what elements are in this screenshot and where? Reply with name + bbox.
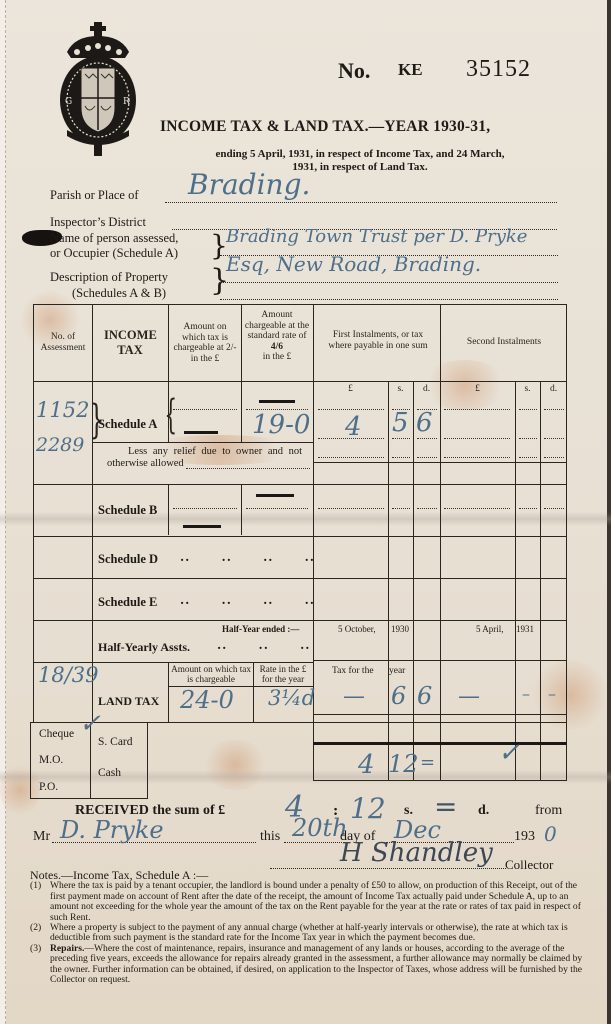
leader-dots: .. .. .. .. bbox=[180, 550, 315, 564]
note-body: —Where the cost of maintenance, repairs,… bbox=[50, 943, 582, 985]
table-border-bottom bbox=[313, 780, 567, 781]
land-tax-rate-header: Rate in the £ for the year bbox=[254, 664, 312, 684]
land-tax-label: LAND TAX bbox=[98, 694, 159, 709]
dotted-line bbox=[392, 457, 410, 458]
land-tax-first-pounds: — bbox=[343, 684, 365, 709]
row-divider bbox=[313, 660, 567, 661]
relief-dotted-line bbox=[186, 468, 310, 469]
assessment-no-2: 2289 bbox=[36, 434, 84, 456]
header-pence-2: d. bbox=[540, 384, 567, 394]
col-divider bbox=[92, 304, 93, 722]
note-lead: Repairs. bbox=[50, 943, 84, 954]
note-item: (1) Where the tax is paid by a tenant oc… bbox=[30, 881, 585, 923]
assessment-no-1: 1152 bbox=[36, 398, 89, 422]
payment-cash: Cash bbox=[98, 767, 121, 779]
table-border-right bbox=[566, 304, 567, 780]
relief-text-1: Less any relief due to owner and not bbox=[128, 446, 302, 457]
note-text: Where the tax is paid by a tenant occupi… bbox=[50, 881, 585, 923]
nil-dash bbox=[256, 494, 294, 497]
dotted-line bbox=[417, 438, 437, 439]
from-label: from bbox=[535, 803, 562, 819]
year-prefix: 193 bbox=[514, 829, 535, 845]
nil-dash bbox=[259, 400, 295, 403]
header-pence: d. bbox=[413, 384, 440, 394]
collector-signature: H Shandley bbox=[340, 838, 493, 868]
dotted-line bbox=[417, 508, 437, 509]
payment-method-box: Cheque M.O. P.O. S. Card Cash ✓ bbox=[30, 722, 148, 799]
dotted-line bbox=[519, 438, 537, 439]
day-line bbox=[284, 842, 344, 843]
schedule-e-label: Schedule E bbox=[98, 595, 157, 610]
notes-section: Notes.—Income Tax, Schedule A :— (1) Whe… bbox=[30, 870, 585, 985]
selected-check-icon: ✓ bbox=[79, 709, 101, 739]
note-item: (3) Repairs.—Where the cost of maintenan… bbox=[30, 944, 585, 986]
checked-mark-icon: ✓ bbox=[498, 738, 520, 768]
leader-dots: .. .. .. bbox=[217, 638, 310, 652]
total-rule bbox=[313, 742, 567, 745]
note-number: (3) bbox=[30, 944, 50, 986]
pence-label: d. bbox=[478, 803, 489, 819]
land-tax-second-shillings: – bbox=[522, 684, 530, 703]
row-divider bbox=[33, 578, 567, 579]
tax-for-the-label: Tax for the bbox=[332, 666, 374, 676]
header-amount-standard-suffix: in the £ bbox=[244, 352, 310, 363]
year-suffix: 0 bbox=[544, 822, 557, 846]
payment-cheque: Cheque bbox=[39, 728, 74, 740]
land-tax-rate-value: 3¼d bbox=[268, 686, 315, 710]
schedule-a-first-pounds: 4 bbox=[345, 412, 362, 442]
total-pence: = bbox=[420, 752, 435, 773]
row-divider bbox=[33, 536, 567, 537]
col-divider bbox=[413, 382, 414, 780]
dotted-line bbox=[544, 457, 564, 458]
schedule-a-amount-standard: 19-0 bbox=[252, 410, 310, 440]
col-divider bbox=[241, 382, 242, 442]
notes-heading: Notes.—Income Tax, Schedule A :— bbox=[30, 870, 585, 880]
dotted-line bbox=[444, 409, 510, 410]
nil-dash bbox=[183, 525, 221, 528]
schedule-b-label: Schedule B bbox=[98, 503, 157, 518]
received-shillings: 12 bbox=[350, 792, 386, 825]
payer-name: D. Pryke bbox=[60, 816, 164, 844]
year-label: year bbox=[389, 666, 405, 676]
col-divider bbox=[388, 382, 389, 780]
land-tax-amount-value: 24-0 bbox=[180, 686, 234, 714]
col-divider bbox=[540, 382, 541, 780]
header-shillings-2: s. bbox=[515, 384, 540, 394]
header-divider bbox=[33, 381, 567, 382]
dotted-line bbox=[519, 508, 537, 509]
header-shillings: s. bbox=[388, 384, 413, 394]
land-tax-second-pence: – bbox=[548, 684, 556, 703]
dotted-line bbox=[173, 409, 237, 410]
mr-label: Mr bbox=[33, 829, 50, 845]
first-half-year: 1930 bbox=[391, 624, 409, 634]
dotted-line bbox=[318, 409, 384, 410]
land-tax-assessment-no: 18/39 bbox=[38, 664, 99, 686]
schedule-a-first-shillings: 5 bbox=[392, 408, 409, 438]
row-divider bbox=[92, 442, 313, 443]
col-divider bbox=[241, 304, 242, 382]
header-first-instalments: First Instalments, or tax where payable … bbox=[322, 330, 434, 351]
dotted-line bbox=[519, 457, 537, 458]
relief-text-2: otherwise allowed bbox=[107, 458, 184, 469]
note-number: (1) bbox=[30, 881, 50, 923]
payment-mo: M.O. bbox=[39, 754, 63, 766]
dotted-line bbox=[444, 457, 510, 458]
col-divider bbox=[241, 485, 242, 535]
row-divider bbox=[33, 484, 567, 485]
header-amount-standard: Amount chargeable at the standard rate o… bbox=[244, 310, 310, 363]
dotted-line bbox=[544, 438, 564, 439]
row-divider bbox=[313, 620, 567, 621]
first-half-date: 5 October, bbox=[338, 624, 376, 634]
header-pounds: £ bbox=[313, 384, 388, 394]
dotted-line bbox=[318, 508, 384, 509]
row-divider bbox=[313, 714, 567, 715]
table-border-left bbox=[33, 304, 34, 722]
second-half-date: 5 April, bbox=[476, 624, 504, 634]
dotted-line bbox=[392, 508, 410, 509]
dotted-line bbox=[544, 409, 564, 410]
dotted-line bbox=[444, 438, 510, 439]
total-pounds: 4 bbox=[358, 750, 375, 780]
header-amount-standard-text: Amount chargeable at the standard rate o… bbox=[244, 310, 310, 342]
second-half-year: 1931 bbox=[516, 624, 534, 634]
half-yearly-label: Half-Yearly Assts. bbox=[98, 640, 190, 655]
dotted-line bbox=[318, 457, 384, 458]
this-label: this bbox=[260, 829, 280, 845]
signature-line bbox=[270, 868, 506, 869]
dotted-line bbox=[417, 457, 437, 458]
schedule-d-label: Schedule D bbox=[98, 552, 158, 567]
header-amount-2s: Amount on which tax is chargeable at 2/-… bbox=[172, 322, 238, 364]
header-income-tax: INCOME TAX bbox=[104, 328, 156, 358]
header-second-instalments: Second Instalments bbox=[442, 337, 566, 347]
standard-rate: 4/6 bbox=[244, 342, 310, 353]
dotted-line bbox=[392, 438, 410, 439]
payment-scard: S. Card bbox=[98, 736, 133, 748]
half-year-ended-label: Half-Year ended :— bbox=[222, 624, 299, 634]
land-tax-first-shillings: 6 bbox=[391, 682, 406, 710]
note-text: Where a property is subject to the payme… bbox=[50, 923, 585, 944]
col-divider bbox=[168, 304, 169, 382]
leader-dots: .. .. .. .. bbox=[180, 593, 315, 607]
schedule-a-first-pence: 6 bbox=[416, 408, 433, 438]
col-divider bbox=[168, 485, 169, 535]
dotted-line bbox=[246, 508, 308, 509]
land-tax-first-pence: 6 bbox=[417, 682, 432, 710]
col-divider bbox=[515, 382, 516, 780]
schedule-a-label: Schedule A bbox=[98, 417, 157, 432]
dotted-line bbox=[519, 409, 537, 410]
land-tax-amount-header: Amount on which tax is chargeable bbox=[169, 664, 253, 684]
land-tax-second-pounds: — bbox=[458, 684, 480, 709]
row-divider bbox=[313, 462, 567, 463]
header-assessment-no: No. of Assessment bbox=[34, 332, 92, 354]
total-shillings: 12 bbox=[388, 750, 419, 778]
dotted-line bbox=[544, 508, 564, 509]
nil-dash bbox=[184, 431, 218, 434]
payment-po: P.O. bbox=[39, 781, 58, 793]
dotted-line bbox=[173, 508, 237, 509]
note-text: Repairs.—Where the cost of maintenance, … bbox=[50, 944, 585, 986]
brace: { bbox=[164, 395, 177, 435]
note-number: (2) bbox=[30, 923, 50, 944]
col-divider bbox=[440, 304, 441, 780]
note-item: (2) Where a property is subject to the p… bbox=[30, 923, 585, 944]
header-pounds-2: £ bbox=[440, 384, 515, 394]
dotted-line bbox=[444, 508, 510, 509]
table-border-top bbox=[33, 304, 567, 305]
